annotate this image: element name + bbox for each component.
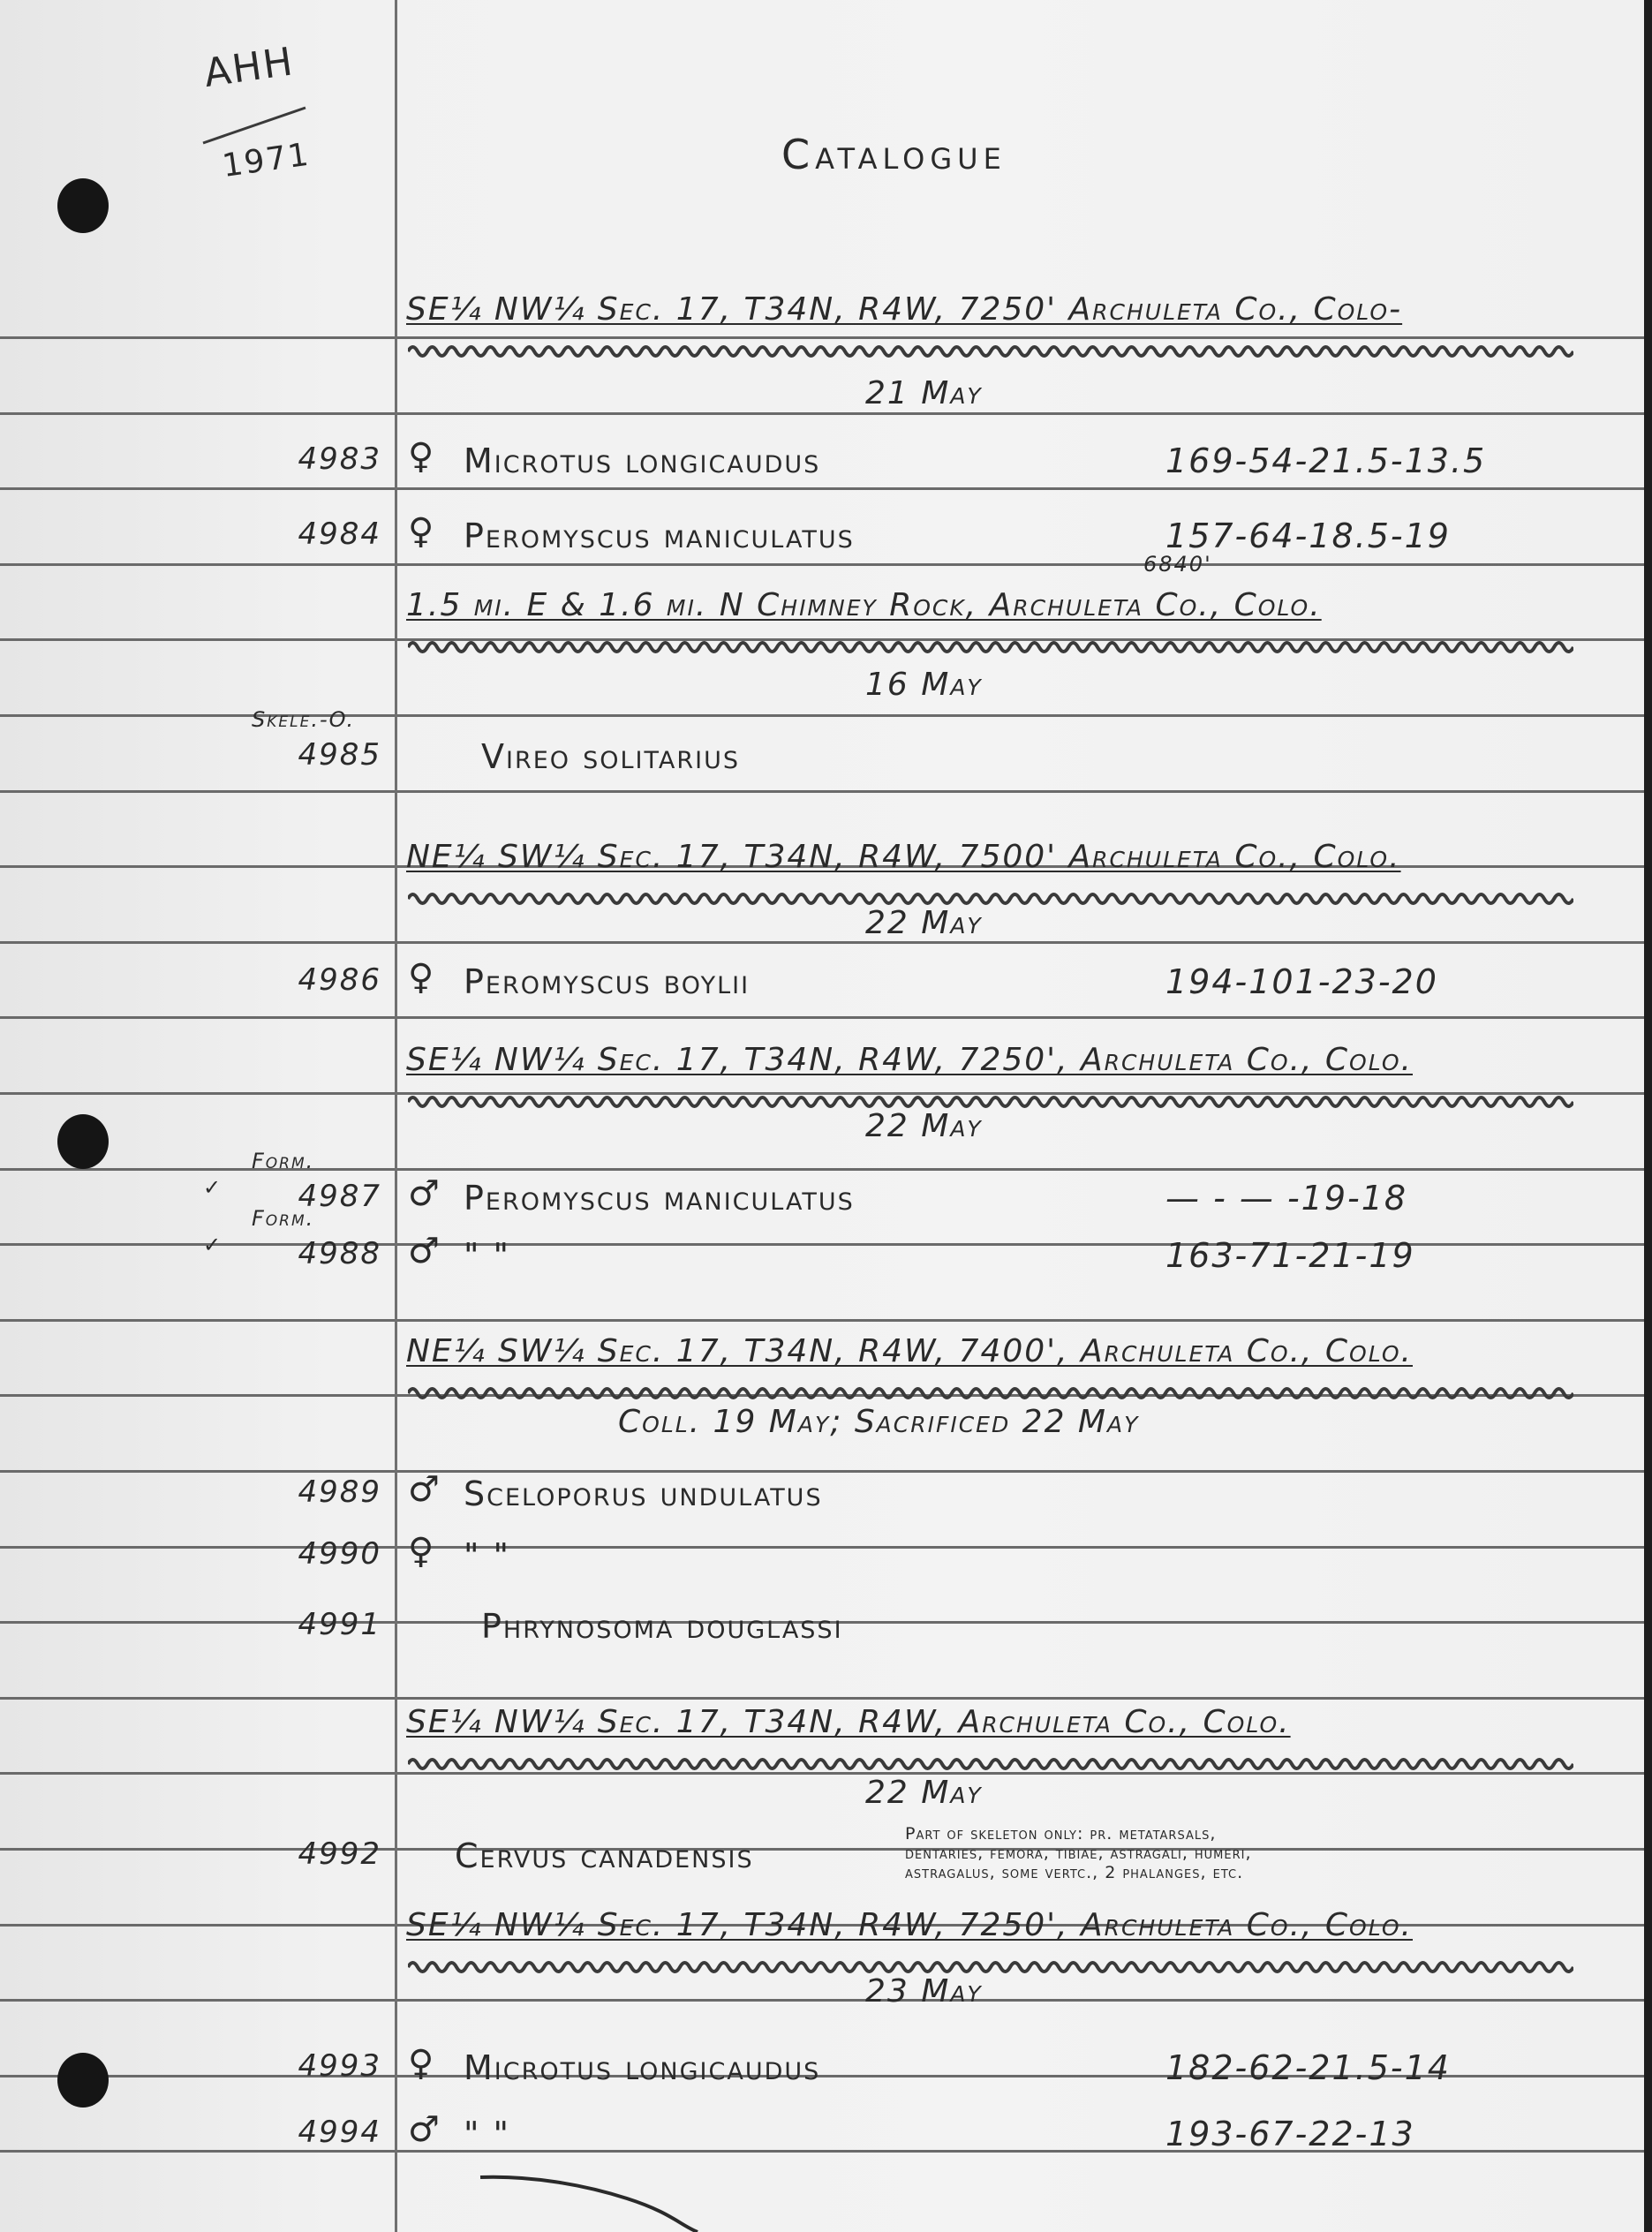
- catalogue-number: 4990: [231, 1536, 381, 1572]
- male-symbol-icon: ♂: [408, 2109, 441, 2150]
- wavy-underline: [408, 638, 1573, 656]
- locality-line: NE¼ SW¼ Sec. 17, T34N, R4W, 7500' Archul…: [406, 839, 1401, 875]
- ruled-line: [0, 1999, 1644, 2002]
- specimen-note: Form.: [252, 1149, 314, 1173]
- species-name: Peromyscus maniculatus: [464, 1179, 855, 1218]
- body-measurements: 182-62-21.5-14: [1165, 2048, 1451, 2087]
- catalogue-number: 4984: [231, 517, 381, 552]
- body-measurements: 157-64-18.5-19: [1165, 517, 1451, 555]
- ruled-line: [0, 1016, 1644, 1019]
- locality-line: SE¼ NW¼ Sec. 17, T34N, R4W, 7250', Archu…: [406, 1907, 1413, 1943]
- species-name: " ": [464, 1236, 510, 1275]
- skeleton-remark: Part of skeleton only: pr. metatarsals, …: [905, 1824, 1252, 1882]
- collection-date: 22 May: [865, 1108, 983, 1144]
- ruled-line: [0, 790, 1644, 793]
- catalogue-number: 4986: [231, 962, 381, 998]
- binder-hole-icon: [57, 1114, 109, 1169]
- ruled-line: [0, 1470, 1644, 1473]
- species-name: " ": [464, 1536, 510, 1575]
- collection-date: 22 May: [865, 905, 983, 941]
- ruled-line: [0, 1168, 1644, 1171]
- catalogue-number: 4994: [231, 2115, 381, 2150]
- specimen-note: Form.: [252, 1206, 314, 1231]
- body-measurements: 163-71-21-19: [1165, 1236, 1415, 1275]
- species-name: Peromyscus maniculatus: [464, 517, 855, 555]
- wavy-underline: [408, 1958, 1573, 1976]
- ruled-line: [0, 563, 1644, 566]
- locality-line: SE¼ NW¼ Sec. 17, T34N, R4W, Archuleta Co…: [406, 1704, 1291, 1740]
- catalogue-number: 4991: [231, 1607, 381, 1642]
- wavy-underline: [408, 1755, 1573, 1773]
- binder-hole-icon: [57, 178, 109, 233]
- species-name: Peromyscus boylii: [464, 962, 750, 1001]
- ruled-line: [0, 336, 1644, 339]
- wavy-underline: [408, 1384, 1573, 1402]
- collection-date: 21 May: [865, 375, 983, 411]
- body-measurements: 169-54-21.5-13.5: [1165, 441, 1486, 480]
- check-mark-icon: ✓: [203, 1233, 223, 1257]
- collection-date: 23 May: [865, 1973, 983, 2010]
- scan-edge: [1644, 0, 1652, 2232]
- female-symbol-icon: ♀: [408, 957, 435, 998]
- female-symbol-icon: ♀: [408, 436, 435, 477]
- ruled-line: [0, 412, 1644, 415]
- body-measurements: 194-101-23-20: [1165, 962, 1438, 1001]
- catalogue-number: 4992: [231, 1836, 381, 1872]
- body-measurements: 193-67-22-13: [1165, 2115, 1415, 2153]
- collector-initials: AHH: [201, 39, 297, 96]
- locality-line: SE¼ NW¼ Sec. 17, T34N, R4W, 7250' Archul…: [406, 291, 1402, 328]
- wavy-underline: [408, 890, 1573, 908]
- species-name: Vireo solitarius: [481, 737, 740, 776]
- catalogue-number: 4989: [231, 1474, 381, 1510]
- catalogue-number: 4983: [231, 441, 381, 477]
- male-symbol-icon: ♂: [408, 1173, 441, 1214]
- locality-line: 1.5 mi. E & 1.6 mi. N Chimney Rock, Arch…: [406, 587, 1322, 623]
- check-mark-icon: ✓: [203, 1175, 223, 1200]
- collection-date: 16 May: [865, 667, 983, 703]
- collection-date: 22 May: [865, 1775, 983, 1811]
- catalogue-number: 4993: [231, 2048, 381, 2084]
- ruled-line: [0, 1697, 1644, 1700]
- page-title: Catalogue: [781, 131, 1007, 178]
- female-symbol-icon: ♀: [408, 1531, 435, 1572]
- wavy-underline: [408, 1093, 1573, 1111]
- locality-line: NE¼ SW¼ Sec. 17, T34N, R4W, 7400', Archu…: [406, 1333, 1413, 1369]
- species-name: Phrynosoma douglassi: [481, 1607, 843, 1646]
- species-name: Sceloporus undulatus: [464, 1474, 823, 1513]
- female-symbol-icon: ♀: [408, 2043, 435, 2084]
- catalogue-number: 4988: [231, 1236, 381, 1271]
- ruled-line: [0, 487, 1644, 490]
- ruled-line: [0, 1319, 1644, 1322]
- closing-stroke: [477, 2172, 706, 2232]
- binder-hole-icon: [57, 2053, 109, 2108]
- male-symbol-icon: ♂: [408, 1231, 441, 1271]
- body-measurements: — - — -19-18: [1165, 1179, 1407, 1218]
- species-name: Cervus canadensis: [455, 1836, 754, 1875]
- catalogue-number: 4985: [231, 737, 381, 773]
- female-symbol-icon: ♀: [408, 511, 435, 552]
- wavy-underline: [408, 343, 1573, 360]
- species-name: Microtus longicaudus: [464, 441, 820, 480]
- ruled-line: [0, 714, 1644, 717]
- collection-date: Coll. 19 May; Sacrificed 22 May: [618, 1404, 1139, 1440]
- margin-line: [395, 0, 397, 2232]
- male-symbol-icon: ♂: [408, 1469, 441, 1510]
- species-name: Microtus longicaudus: [464, 2048, 820, 2087]
- species-name: " ": [464, 2115, 510, 2153]
- specimen-note: Skele.-O.: [252, 707, 355, 732]
- ruled-line: [0, 941, 1644, 944]
- locality-line: SE¼ NW¼ Sec. 17, T34N, R4W, 7250', Archu…: [406, 1042, 1413, 1078]
- notebook-page: AHH 1971 Catalogue SE¼ NW¼ Sec. 17, T34N…: [0, 0, 1644, 2232]
- altitude-insertion: 6840': [1143, 552, 1212, 577]
